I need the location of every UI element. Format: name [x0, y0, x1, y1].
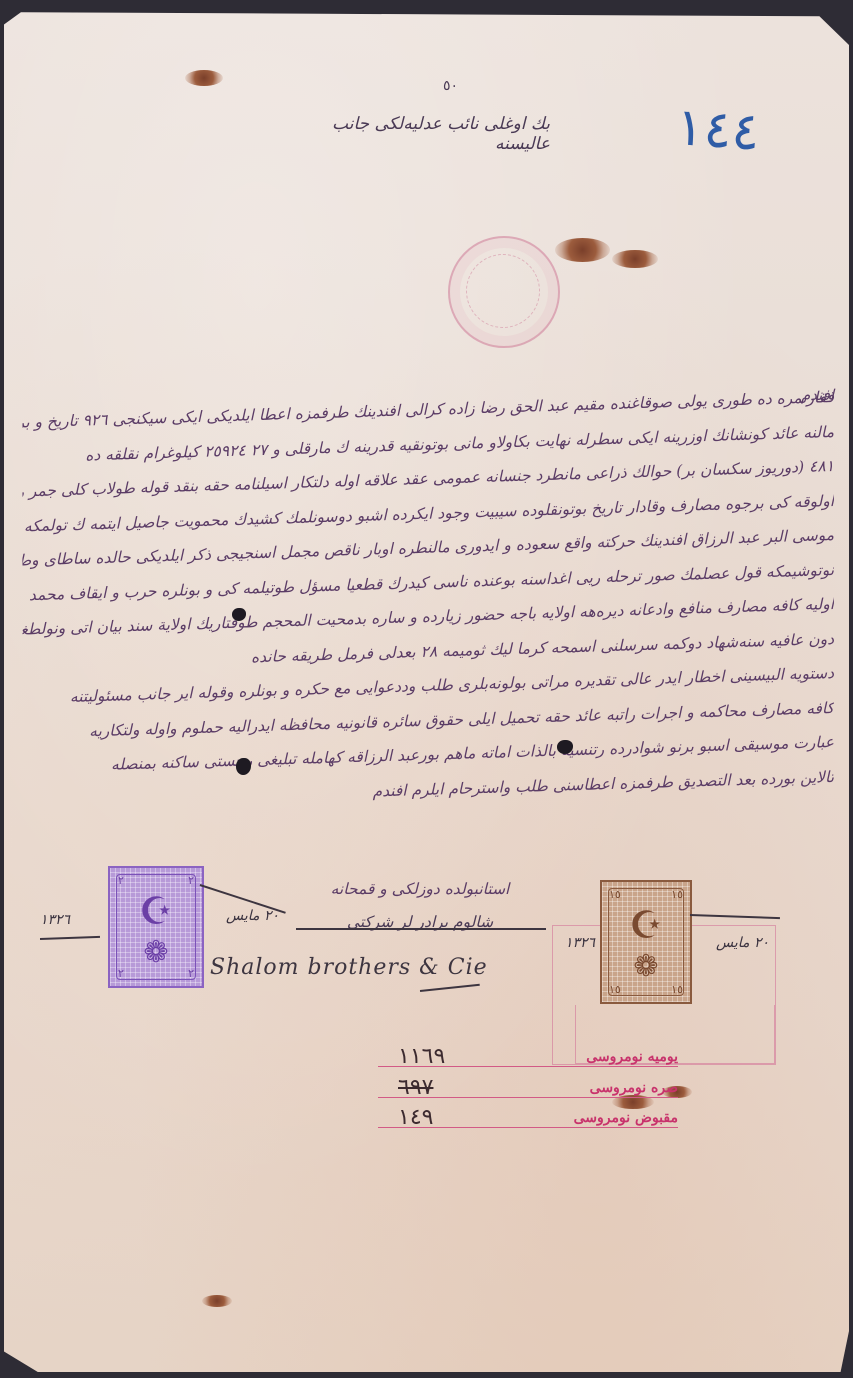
- ledger-label: يوميه نومروسى: [586, 1049, 678, 1065]
- crescent-star-icon: ☪: [629, 906, 663, 944]
- stamp-denomination: ٢: [118, 874, 124, 887]
- ink-blot: [202, 1295, 232, 1307]
- stamp-denomination: ٢: [188, 874, 194, 887]
- circular-seal: [448, 236, 560, 348]
- tughra-emblem-icon: ❁: [143, 938, 168, 968]
- stamp-denomination: ٢: [118, 967, 124, 980]
- stamp-denomination: ١٥: [671, 983, 683, 996]
- document-body: فقارنمره ده طورى يولى صوقاغنده مقيم عبد …: [22, 380, 834, 794]
- folio-number: ١٤٤: [674, 97, 762, 163]
- closing-line-2: شالوم برادر لر شركتى: [300, 905, 540, 940]
- date-year-left: ١٣٢٦: [40, 912, 70, 928]
- ledger-label: صره نومروسى: [590, 1080, 678, 1096]
- ink-blot: [612, 250, 658, 268]
- closing-line-1: استانبولده دوزلكى و قمحانه: [290, 872, 550, 907]
- stamp-denomination: ١٥: [609, 983, 621, 996]
- date-year-right: ١٣٢٦: [565, 935, 595, 951]
- ledger-value: ٦٩٧: [398, 1075, 433, 1100]
- signature-underline: [296, 928, 546, 930]
- date-label-left: ٢٠ مايس: [226, 908, 279, 924]
- ledger-value: ١١٦٩: [398, 1044, 445, 1069]
- ledger-row-daily-number: يوميه نومروسى ١١٦٩: [378, 1045, 678, 1071]
- ink-blot: [185, 70, 223, 86]
- date-label-right: ٢٠ مايس: [716, 935, 769, 951]
- violet-revenue-stamp: ٢ ٢ ٢ ٢ ☪ ❁: [108, 866, 204, 988]
- ledger-row-sequence-number: صره نومروسى ٦٩٧: [378, 1076, 678, 1102]
- latin-signature: Shalom brothers & Cie: [210, 955, 488, 980]
- stamp-denomination: ٢: [188, 967, 194, 980]
- tughra-emblem-icon: ❁: [633, 952, 658, 982]
- ledger-label: مقبوض نومروسى: [574, 1110, 678, 1126]
- brown-revenue-stamp: ١٥ ١٥ ١٥ ١٥ ☪ ❁: [600, 880, 692, 1004]
- top-mark: ٥٠: [443, 78, 458, 94]
- stamp-denomination: ١٥: [671, 888, 683, 901]
- ledger-row-receipt-number: مقبوض نومروسى ١٤٩: [378, 1106, 678, 1132]
- crescent-star-icon: ☪: [139, 892, 173, 930]
- ink-blot: [555, 238, 610, 262]
- stamp-denomination: ١٥: [609, 888, 621, 901]
- ledger-value: ١٤٩: [398, 1105, 433, 1130]
- document-heading: بك اوغلى نائب عدلیه‌لكى جانب عالیسنه: [330, 114, 550, 154]
